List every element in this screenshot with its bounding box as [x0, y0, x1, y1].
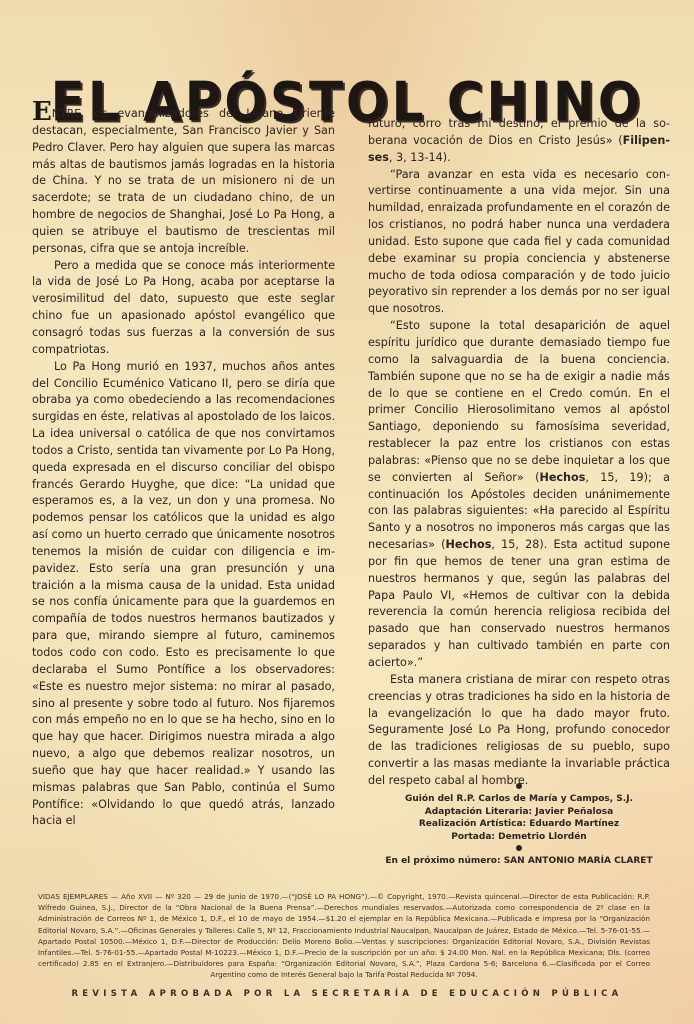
- paragraph-text: “Esto supone la total desaparición de aq…: [368, 319, 670, 484]
- article-left-column: ENTRE los evangelizadores del Lejano Ori…: [32, 102, 335, 830]
- approval-notice: REVISTA APROBADA POR LA SECRETARÍA DE ED…: [0, 989, 694, 999]
- bullet-dot-icon: [516, 783, 522, 789]
- paragraph: Esta manera cristiana de mirar con respe…: [368, 672, 670, 790]
- bible-reference: Hechos: [539, 471, 585, 484]
- credit-cover: Portada: Demetrio Llordén: [368, 831, 670, 844]
- credit-script: Guión del R.P. Carlos de María y Campos,…: [368, 793, 670, 806]
- bible-reference: Hechos: [446, 538, 492, 551]
- paragraph: Lo Pa Hong murió en 1937, muchos años an…: [32, 359, 335, 831]
- paragraph-text: los evangelizadores del Lejano Oriente d…: [32, 107, 335, 255]
- paragraph-text: , 15, 28). Esta actitud supone por fin q…: [368, 538, 670, 669]
- bullet-dot-icon: [516, 845, 522, 851]
- first-word: NTRE: [52, 108, 81, 120]
- credits-block: Guión del R.P. Carlos de María y Campos,…: [368, 781, 670, 868]
- publication-imprint: VIDAS EJEMPLARES — Año XVII — Nº 320 — 2…: [38, 891, 650, 981]
- paragraph: “Esto supone la total desaparición de aq…: [368, 318, 670, 672]
- drop-cap: E: [32, 97, 52, 127]
- paragraph-text: , 3, 13-14).: [389, 151, 451, 164]
- credit-art: Realización Artística: Eduardo Martínez: [368, 818, 670, 831]
- paragraph: “Para avanzar en esta vida es necesario …: [368, 167, 670, 319]
- paragraph-intro: ENTRE los evangelizadores del Lejano Ori…: [32, 102, 335, 258]
- next-issue: En el próximo número: SAN ANTONIO MARÍA …: [368, 855, 670, 868]
- paragraph: Pero a medida que se conoce más interior…: [32, 258, 335, 359]
- credit-literary-adaptation: Adaptación Literaria: Javier Peñalosa: [368, 806, 670, 819]
- paragraph: futuro, corro tras mi destino, el premio…: [368, 116, 670, 167]
- article-right-column: futuro, corro tras mi destino, el premio…: [368, 116, 670, 790]
